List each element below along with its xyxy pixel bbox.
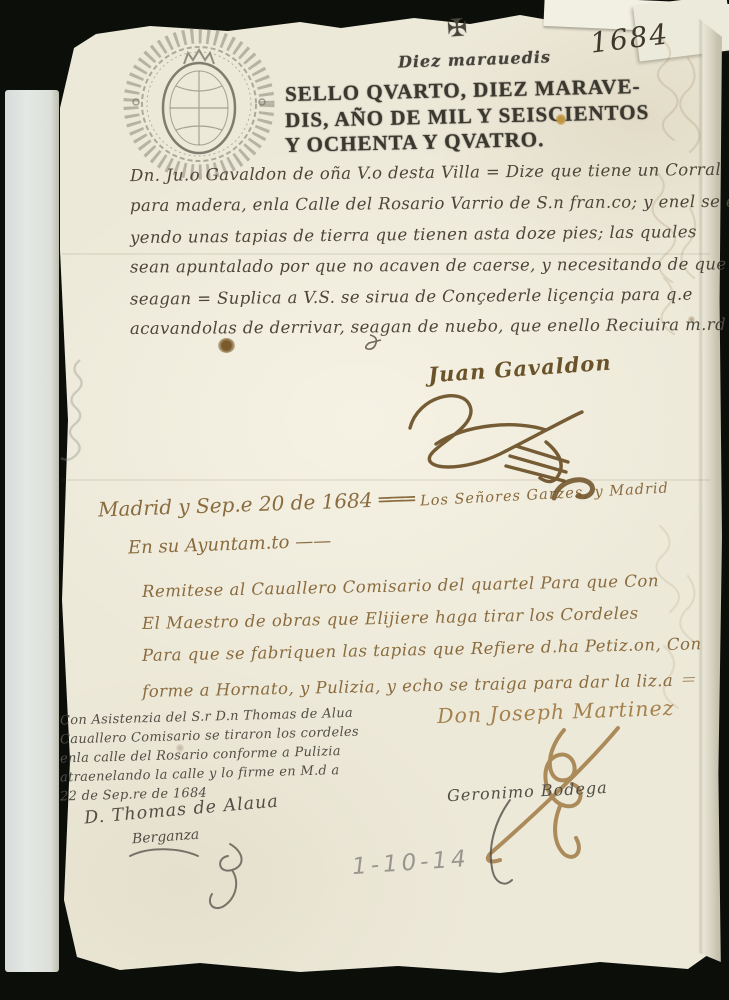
- notary-descender-flourish: [476, 798, 536, 890]
- ink-curl-flourish: [548, 476, 600, 504]
- petition-line: sean apuntalado por que no acaven de cae…: [130, 254, 715, 276]
- signature-rubric-flourish: [396, 384, 610, 484]
- faint-margin-inscription: [52, 352, 94, 472]
- ink-bleedthrough: [636, 516, 721, 726]
- maltese-cross-icon: ✠: [446, 13, 468, 42]
- underlying-page-edge: [5, 90, 59, 972]
- royal-seal-icon: [114, 26, 284, 182]
- abbreviation-mark: [362, 332, 388, 354]
- ink-stain: [218, 338, 235, 353]
- foxing-spot: [176, 744, 184, 752]
- ink-stain: [556, 114, 566, 125]
- fold-crease: [62, 479, 710, 481]
- ink-bleedthrough: [630, 28, 725, 338]
- official-rubric-flourish: [120, 842, 280, 912]
- manuscript-scan: ✠ Diez marauedis SELLO QVARTO, DIEZ MARA…: [0, 0, 729, 1000]
